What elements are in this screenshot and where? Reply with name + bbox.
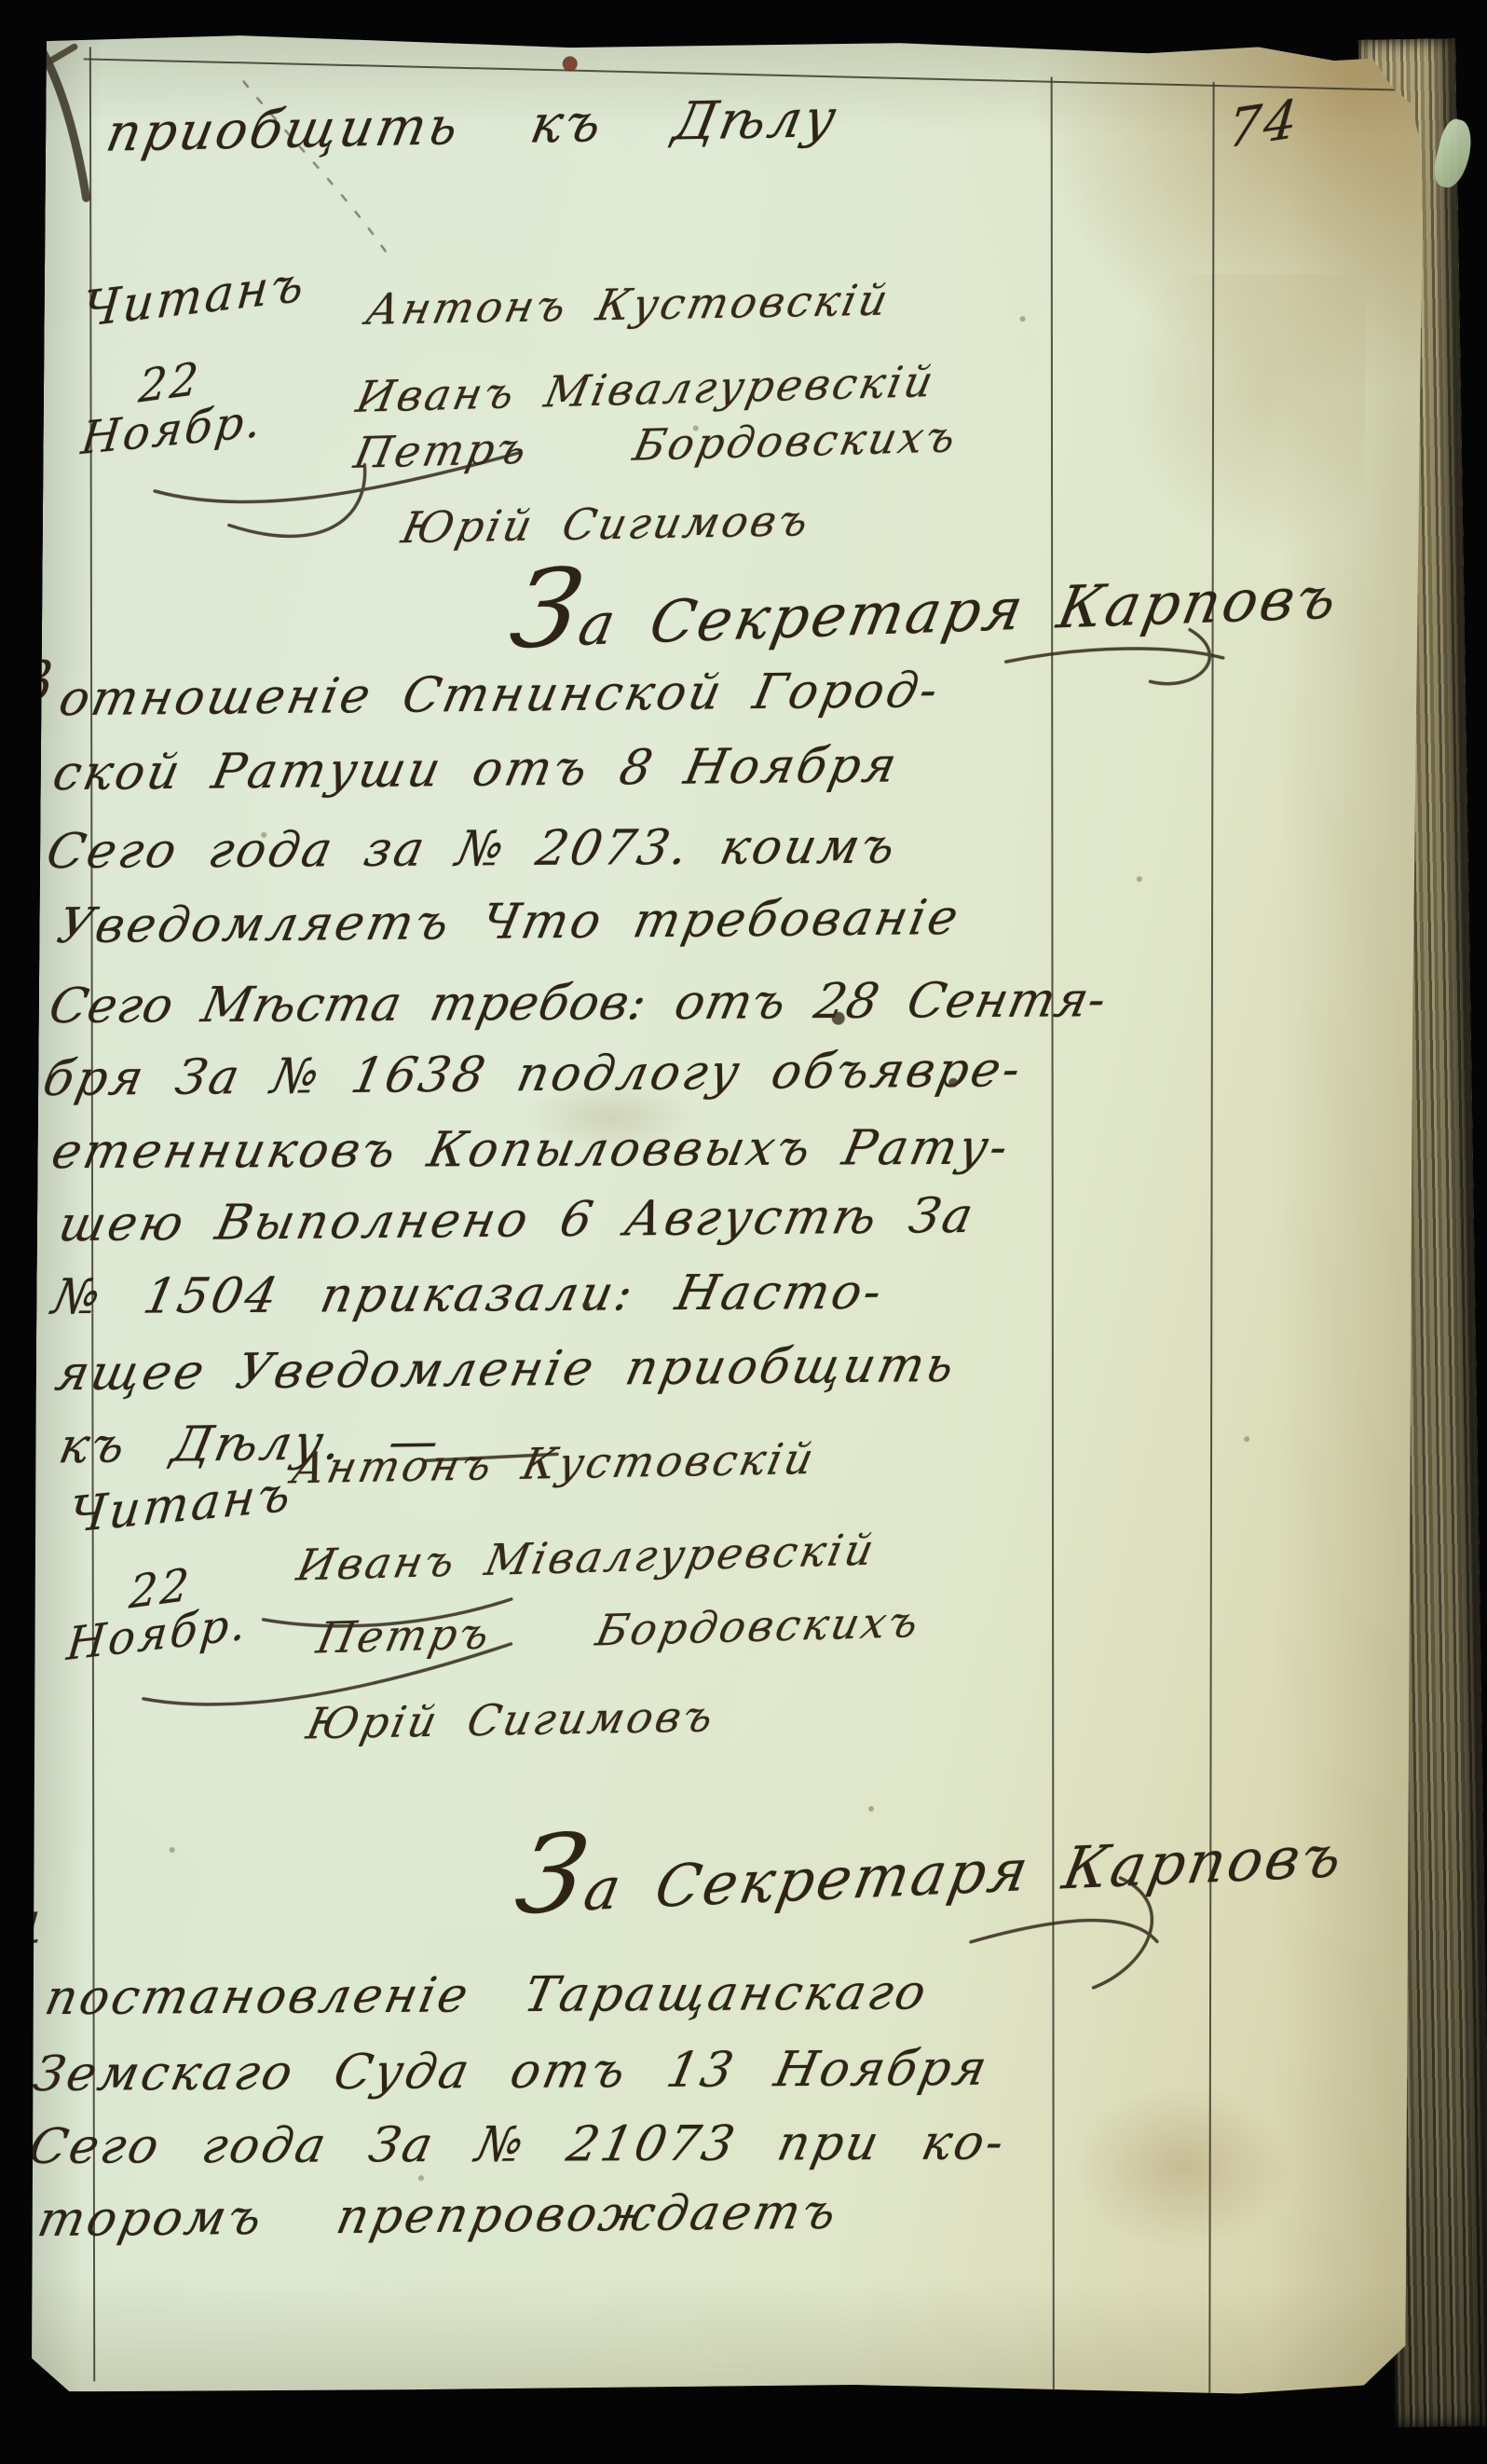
entry-body-line: Земскаго Суда отъ 13 Ноября — [29, 2041, 994, 2102]
signature: Петръ Бордовскихъ — [350, 411, 962, 478]
entry-body-line: етенниковъ Копыловвыхъ Рату- — [47, 1120, 1015, 1181]
entry-heading: За Секретаря Карповъ — [504, 552, 1347, 661]
entry-body-line: ской Ратуши отъ 8 Ноября — [48, 737, 904, 801]
margin-date-note: Читанъ — [80, 256, 308, 339]
signature: Иванъ Мівалгуревскій — [352, 356, 940, 422]
entry-body-line: Сего года За № 21073 при ко- — [24, 2115, 1012, 2175]
signature: Юрій Сигимовъ — [302, 1691, 720, 1748]
entry-body-line: торомъ препровождаетъ — [34, 2184, 844, 2248]
right-column-rule-inner — [1051, 76, 1055, 2392]
margin-date-note: Читанъ — [66, 1466, 296, 1544]
entry-body-line: постановленіе Таращанскаго — [40, 1964, 934, 2026]
paper-stain — [1071, 2083, 1295, 2252]
signature: Юрій Сигимовъ — [398, 495, 816, 553]
archival-photo-backdrop: 74 приобщить къ Дѣлу Читанъ 22 Ноябр. Ан… — [0, 0, 1487, 2464]
paper-stain — [1033, 30, 1437, 387]
entry-body-line: № 1504 приказали: Насто- — [48, 1265, 889, 1326]
entry-number: 4 — [5, 1901, 48, 1971]
entry-body-line: отношеніе Стнинской Город- — [54, 663, 945, 727]
paper-stain — [1122, 273, 1366, 554]
signature: Антонъ Кустовскій — [362, 274, 894, 334]
manuscript-page: 74 приобщить къ Дѣлу Читанъ 22 Ноябр. Ан… — [28, 32, 1424, 2402]
entry-body-line: Сего Мѣста требов: отъ 28 Сентя- — [45, 972, 1112, 1034]
entry-body-line: шею Выполнено 6 Августѣ За — [54, 1188, 980, 1253]
top-rule — [84, 58, 1396, 90]
signature: Иванъ Мівалгуревскій — [293, 1524, 880, 1590]
entry-number: 3 — [20, 648, 57, 715]
right-column-rule-outer — [1208, 82, 1214, 2393]
resolution-line: приобщить къ Дѣлу — [102, 89, 843, 164]
entry-body-line: ящее Уведомленіе приобщить — [51, 1337, 962, 1402]
signature: Петръ Бордовскихъ — [313, 1596, 925, 1663]
entry-body-line: Сего года за № 2073. коимъ — [42, 819, 903, 881]
margin-date-note: Ноябр. — [64, 1597, 251, 1671]
entry-heading: За Секретаря Карповъ — [510, 1811, 1352, 1927]
margin-date-note: Ноябр. — [78, 394, 266, 465]
entry-body-line: бря За № 1638 подлогу объявре- — [38, 1042, 1028, 1107]
entry-body-line: Уведомляетъ Что требованіе — [53, 890, 966, 954]
signature: Антонъ Кустовскій — [288, 1433, 821, 1493]
folio-number: 74 — [1225, 89, 1303, 161]
